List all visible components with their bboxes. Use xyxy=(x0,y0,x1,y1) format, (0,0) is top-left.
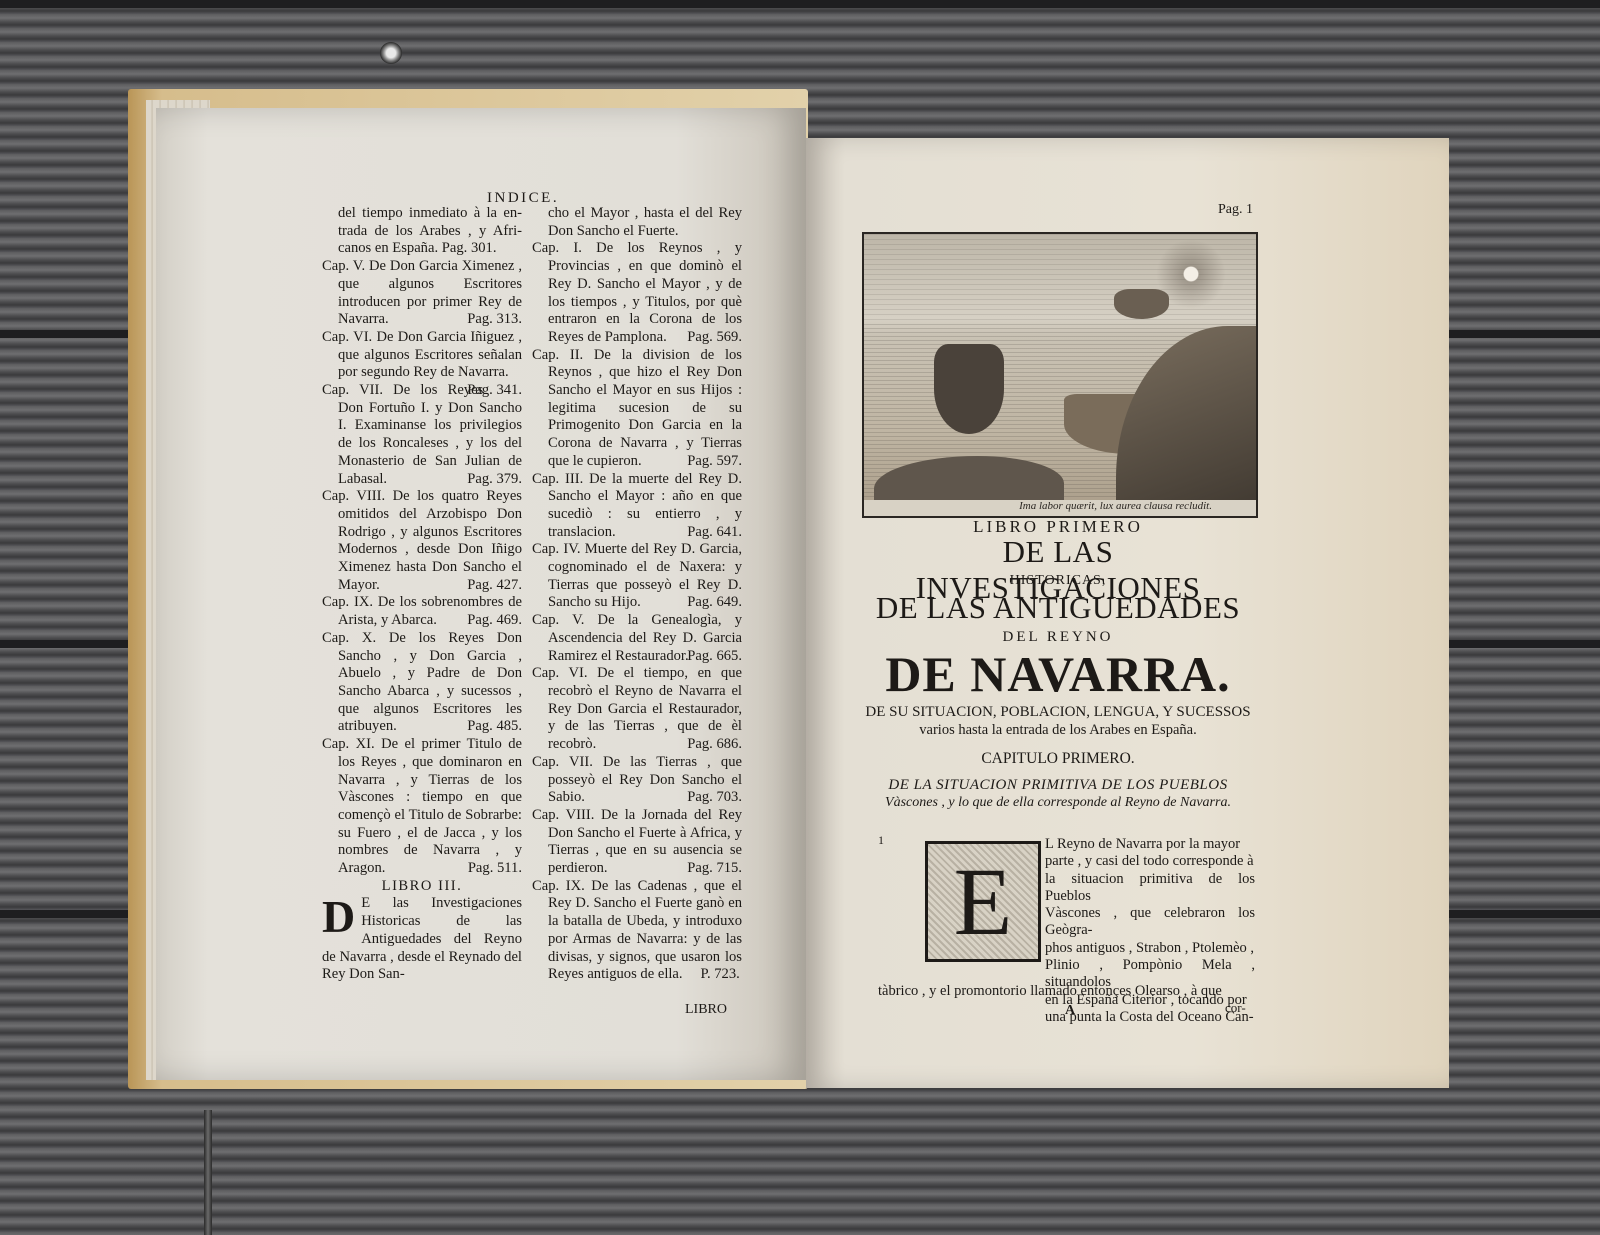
index-entry: Cap. II. De la division de los Reynos , … xyxy=(532,347,742,471)
catchword-left: LIBRO xyxy=(685,1002,727,1018)
title-line-2: HISTORICAS, xyxy=(862,573,1254,589)
boat-left xyxy=(934,344,1004,434)
index-entry: Cap. V. De Don Garcia Ximenez , que algu… xyxy=(322,258,522,329)
chapter-title-1: DE LA SITUACION PRIMITIVA DE LOS PUEBLOS xyxy=(862,777,1254,794)
signature-mark: A xyxy=(1065,1003,1075,1019)
bookmark-pin xyxy=(204,1110,212,1235)
index-entry: Cap. IX. De las Cadenas , que el Rey D. … xyxy=(532,878,742,984)
body-text-full-line: tàbrico , y el promontorio llamado enton… xyxy=(878,983,1255,1000)
ornamental-dropcap-e: E xyxy=(925,841,1041,962)
paragraph-number: 1 xyxy=(878,833,884,848)
page-number: Pag. 1 xyxy=(1218,202,1253,218)
subtitle-1: DE SU SITUACION, POBLACION, LENGUA, Y SU… xyxy=(862,704,1254,721)
dropcap-d: D xyxy=(322,897,355,937)
index-column-2: cho el Mayor , hasta el del Rey Don Sanc… xyxy=(532,205,742,984)
index-entry: Cap. VII. De las Tierras , que posseyò e… xyxy=(532,754,742,807)
index-entry: Cap. IV. Muerte del Rey D. Garcia, cogno… xyxy=(532,541,742,612)
distant-boat xyxy=(1114,289,1169,319)
index-entry: Cap. VI. De el tiempo, en que recobrò el… xyxy=(532,665,742,754)
deck-gap xyxy=(0,0,1600,8)
index-continuation: del tiempo inmediato à la en- trada de l… xyxy=(322,205,522,258)
screw-icon xyxy=(380,42,402,64)
index-entry: Cap. XI. De el primer Titulo de los Reye… xyxy=(322,736,522,878)
engraving-caption: Ima labor quærit, lux aurea clausa reclu… xyxy=(864,500,1256,516)
chapter-heading: CAPITULO PRIMERO. xyxy=(862,750,1254,768)
index-entry: Cap. III. De la muerte del Rey D. Sancho… xyxy=(532,471,742,542)
index-continuation: cho el Mayor , hasta el del Rey Don Sanc… xyxy=(532,205,742,240)
subtitle-2: varios hasta la entrada de los Arabes en… xyxy=(862,722,1254,739)
index-entry: Cap. V. De la Genealogìa, y Ascendencia … xyxy=(532,612,742,665)
title-line-4: DEL REYNO xyxy=(862,629,1254,646)
catchword-right: cor- xyxy=(1225,1000,1246,1016)
chapter-title-2: Vàscones , y lo que de ella corresponde … xyxy=(862,795,1254,811)
index-entry: Cap. VI. De Don Garcia Iñiguez , que alg… xyxy=(322,329,522,382)
index-entry: Cap. VIII. De la Jornada del Rey Don San… xyxy=(532,807,742,878)
index-entry: Cap. I. De los Reynos , y Provincias , e… xyxy=(532,240,742,346)
title-navarra: DE NAVARRA. xyxy=(862,645,1254,703)
libro-description: D E las Investigaciones Historicas de la… xyxy=(322,895,522,984)
title-line-3: DE LAS ANTIGUEDADES xyxy=(862,590,1254,626)
engraving-illustration: Ima labor quærit, lux aurea clausa reclu… xyxy=(862,232,1258,518)
index-entry: Cap. IX. De los sobrenombres de Arista, … xyxy=(322,594,522,629)
index-entry: Cap. VIII. De los quatro Reyes omitidos … xyxy=(322,488,522,594)
index-entry: Cap. X. De los Reyes Don Sancho , y Don … xyxy=(322,630,522,736)
index-column-1: del tiempo inmediato à la en- trada de l… xyxy=(322,205,522,984)
